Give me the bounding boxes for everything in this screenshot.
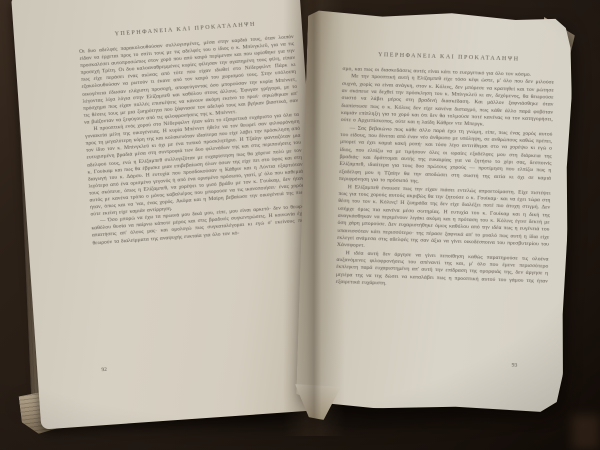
right-page-body: σμο, και πως οι διασκεδάσεις αυτές είναι… bbox=[336, 66, 555, 293]
left-page-number: 92 bbox=[101, 367, 107, 373]
body-paragraph: Η Ελίζαμπεθ ένοιωσε πως την είχαν πιάσει… bbox=[337, 183, 551, 256]
body-paragraph: Η ιδέα αυτή δεν άργησε να γίνει πεποίθησ… bbox=[336, 250, 549, 293]
body-paragraph: — Σας βεβαιώνω πως κάθε άλλο παρά έχω τη… bbox=[339, 125, 553, 190]
right-page: ΥΠΕΡΗΦΑΝΕΙΑ ΚΑΙ ΠΡΟΚΑΤΑΛΗΨΗ σμο, και πως… bbox=[296, 8, 574, 414]
left-page-text-block: ΥΠΕΡΗΦΑΝΕΙΑ ΚΑΙ ΠΡΟΚΑΤΑΛΗΨΗ Οι δυο αδελφ… bbox=[78, 19, 314, 345]
body-paragraph: Η προοπτική ενός χορού στο Νέδερφιλντ ήτ… bbox=[84, 112, 305, 219]
table-surface-glint bbox=[572, 415, 600, 450]
book-photo-scene: ΥΠΕΡΗΦΑΝΕΙΑ ΚΑΙ ΠΡΟΚΑΤΑΛΗΨΗ Οι δυο αδελφ… bbox=[0, 0, 600, 450]
left-page-body: Οι δυο αδελφές παρακολουθούσαν συλλογισμ… bbox=[79, 34, 307, 247]
body-paragraph: Οι δυο αδελφές παρακολουθούσαν συλλογισμ… bbox=[79, 34, 299, 127]
right-running-head: ΥΠΕΡΗΦΑΝΕΙΑ ΚΑΙ ΠΡΟΚΑΤΑΛΗΨΗ bbox=[343, 51, 555, 64]
left-page: ΥΠΕΡΗΦΑΝΕΙΑ ΚΑΙ ΠΡΟΚΑΤΑΛΗΨΗ Οι δυο αδελφ… bbox=[11, 0, 328, 430]
right-page-text-block: ΥΠΕΡΗΦΑΝΕΙΑ ΚΑΙ ΠΡΟΚΑΤΑΛΗΨΗ σμο, και πως… bbox=[333, 51, 554, 360]
body-paragraph: Με την προοπτική αυτή η Ελίζαμπεθ είχε τ… bbox=[341, 73, 555, 131]
right-page-number: 93 bbox=[512, 362, 518, 368]
